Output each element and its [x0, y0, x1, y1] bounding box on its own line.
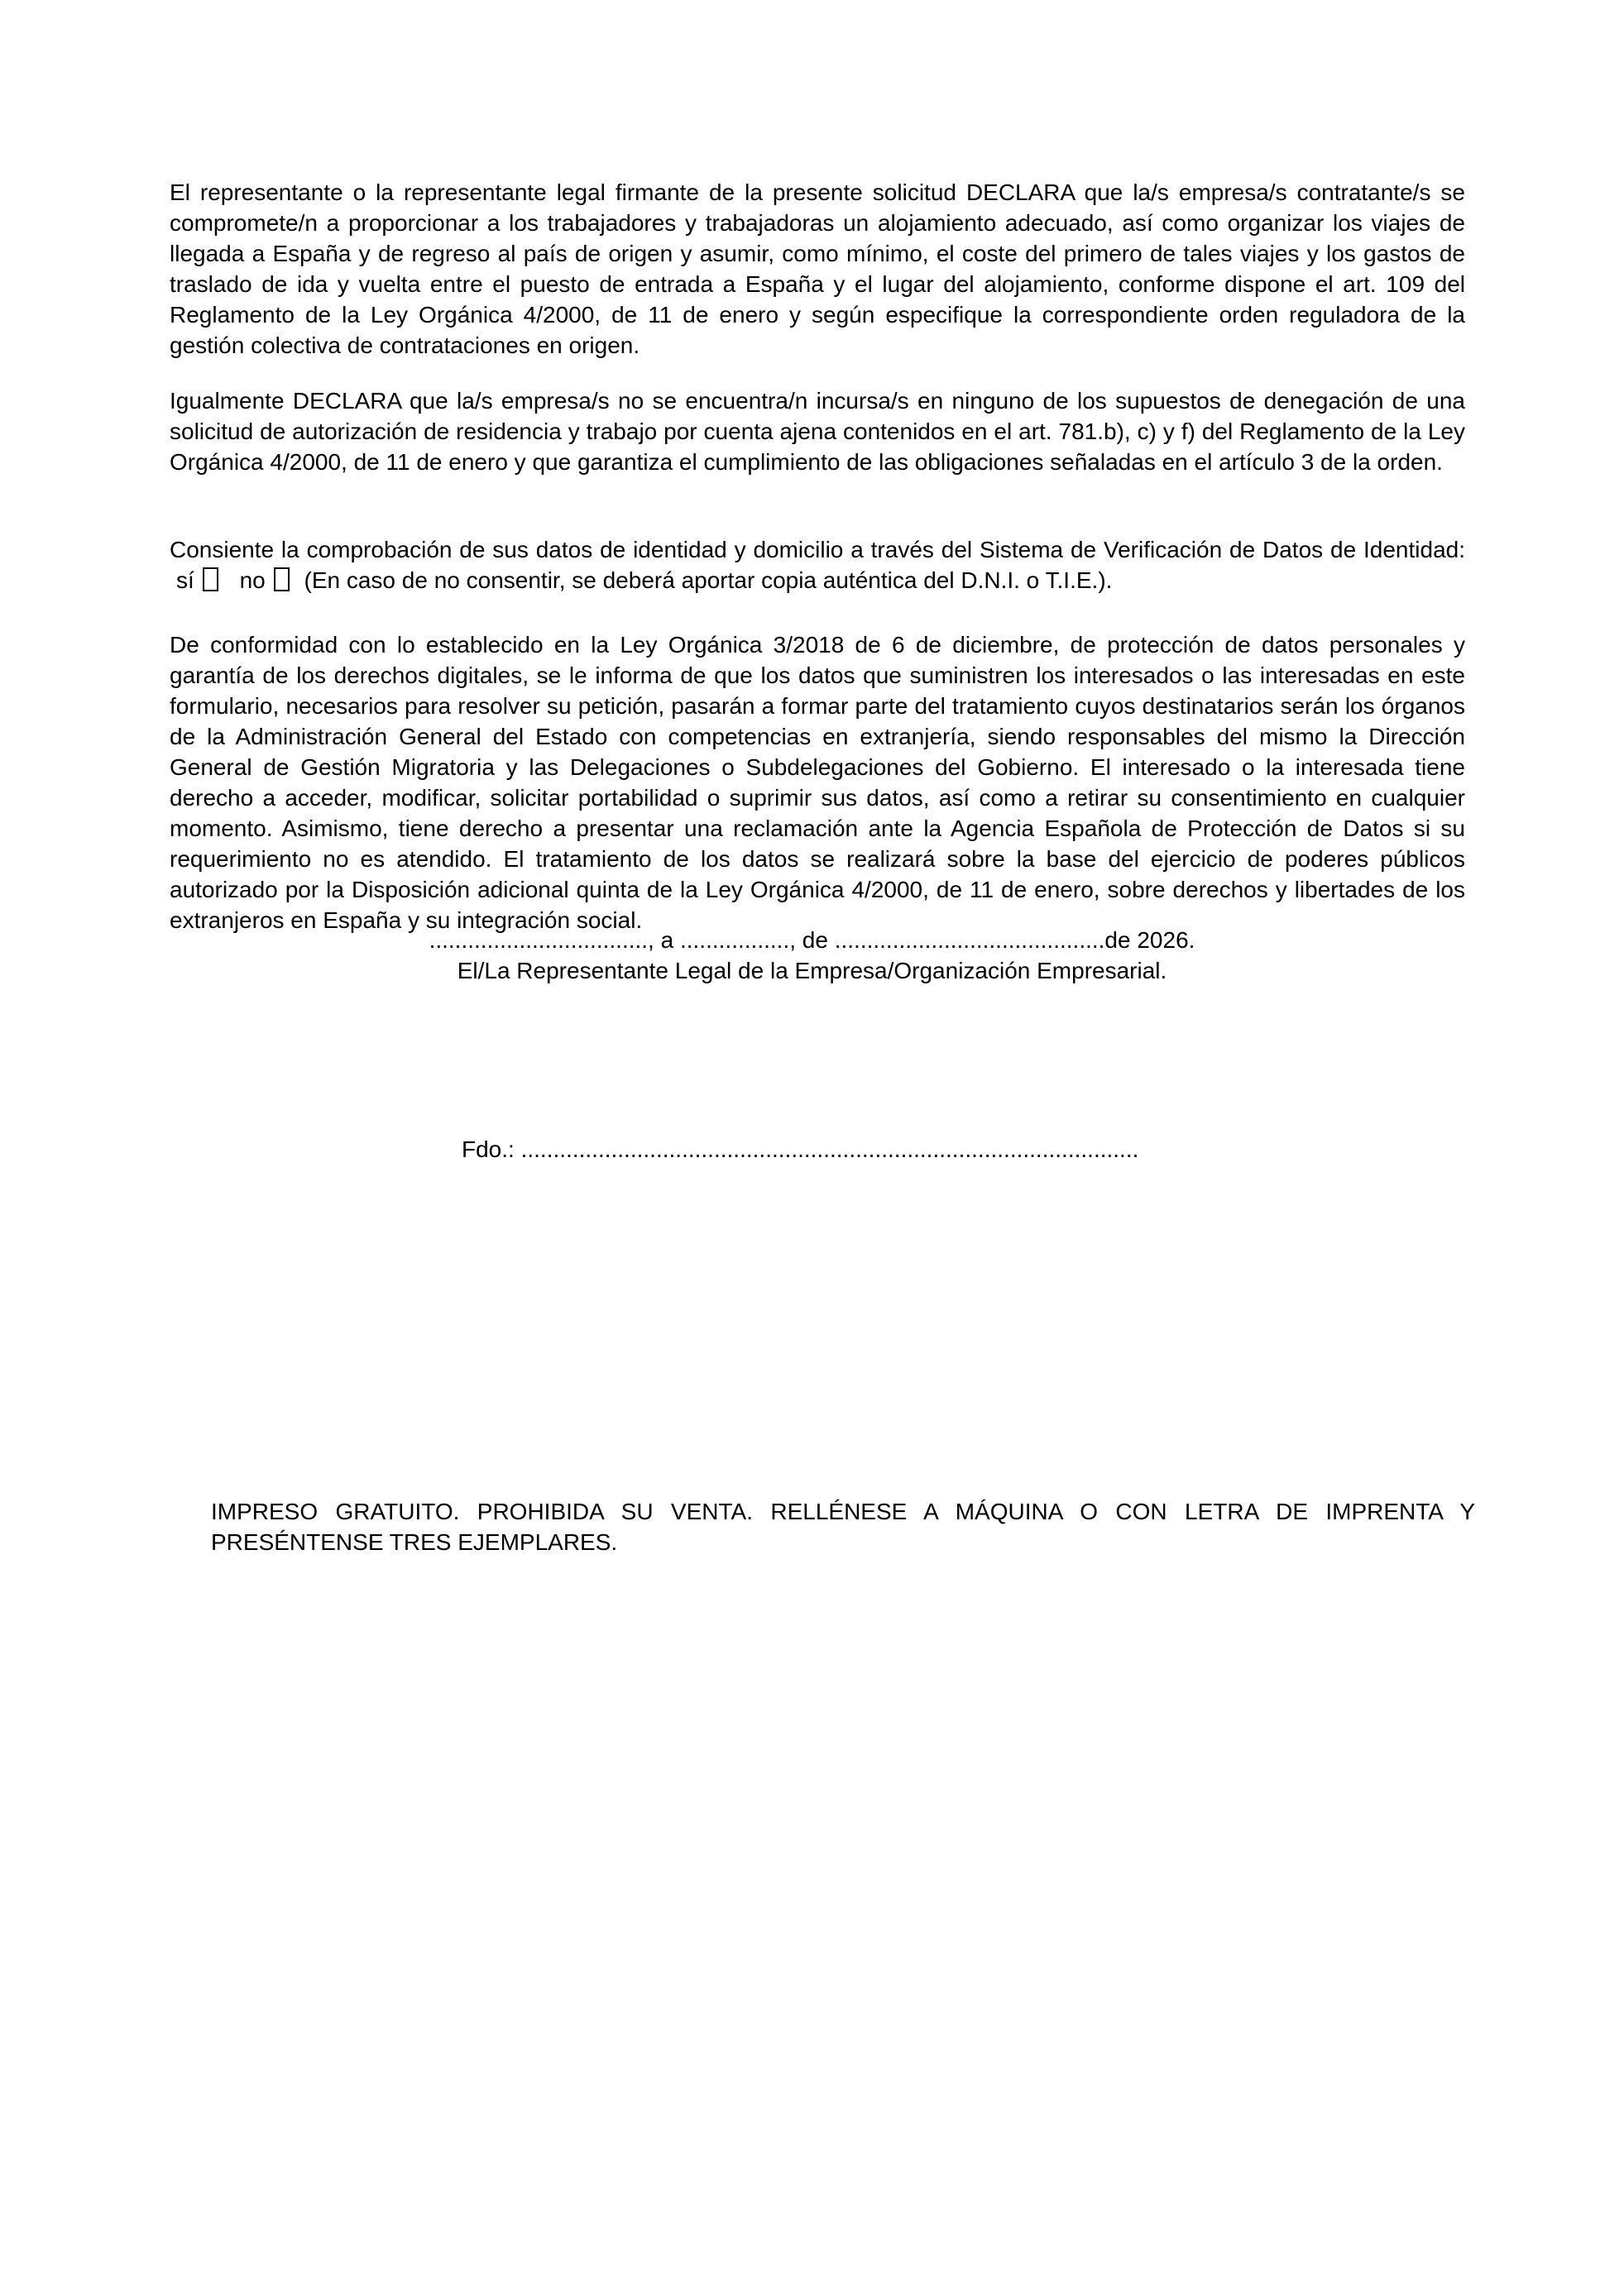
- paragraph-data-protection: De conformidad con lo establecido en la …: [170, 629, 1465, 935]
- signature-fdo-line: Fdo.: ..................................…: [462, 1134, 1138, 1165]
- document-page: El representante o la representante lega…: [0, 0, 1624, 2296]
- consent-yes-label: sí: [176, 567, 194, 593]
- footer-free-form-notice: IMPRESO GRATUITO. PROHIBIDA SU VENTA. RE…: [211, 1496, 1475, 1557]
- signature-representative-line: El/La Representante Legal de la Empresa/…: [0, 955, 1624, 986]
- consent-yes-checkbox[interactable]: [203, 567, 218, 591]
- signature-block: .................................., a ..…: [0, 925, 1624, 986]
- consent-no-label: no: [240, 567, 266, 593]
- paragraph-declaration-no-denial: Igualmente DECLARA que la/s empresa/s no…: [170, 385, 1465, 477]
- signature-date-line: .................................., a ..…: [0, 925, 1624, 955]
- consent-text-after: (En caso de no consentir, se deberá apor…: [304, 567, 1113, 593]
- paragraph-identity-consent: Consiente la comprobación de sus datos d…: [170, 534, 1465, 596]
- paragraph-declaration-housing: El representante o la representante lega…: [170, 177, 1465, 361]
- consent-no-checkbox[interactable]: [274, 567, 290, 591]
- consent-text-before: Consiente la comprobación de sus datos d…: [170, 537, 1465, 562]
